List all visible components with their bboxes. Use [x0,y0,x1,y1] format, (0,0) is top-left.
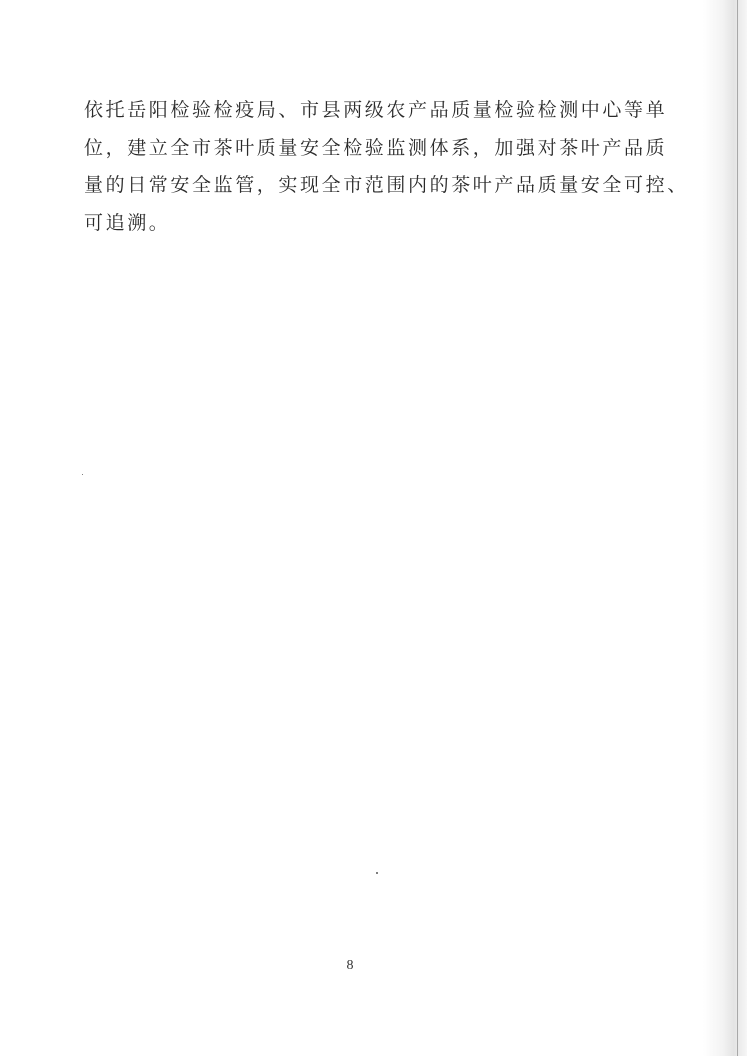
body-paragraph: 依托岳阳检验检疫局、市县两级农产品质量检验检测中心等单 位，建立全市茶叶质量安全… [84,92,644,242]
scan-binding-shadow [703,0,747,1056]
scan-speck [376,872,378,874]
scan-speck [82,474,83,475]
scan-binding-edge [737,0,738,1056]
paragraph-line: 依托岳阳检验检疫局、市县两级农产品质量检验检测中心等单 [84,92,644,130]
paragraph-line: 可追溯。 [84,205,644,243]
paragraph-line: 量的日常安全监管，实现全市范围内的茶叶产品质量安全可控、 [84,167,644,205]
document-page: 依托岳阳检验检疫局、市县两级农产品质量检验检测中心等单 位，建立全市茶叶质量安全… [0,0,747,1056]
page-number: 8 [0,958,700,974]
paragraph-line: 位，建立全市茶叶质量安全检验监测体系，加强对茶叶产品质 [84,130,644,168]
